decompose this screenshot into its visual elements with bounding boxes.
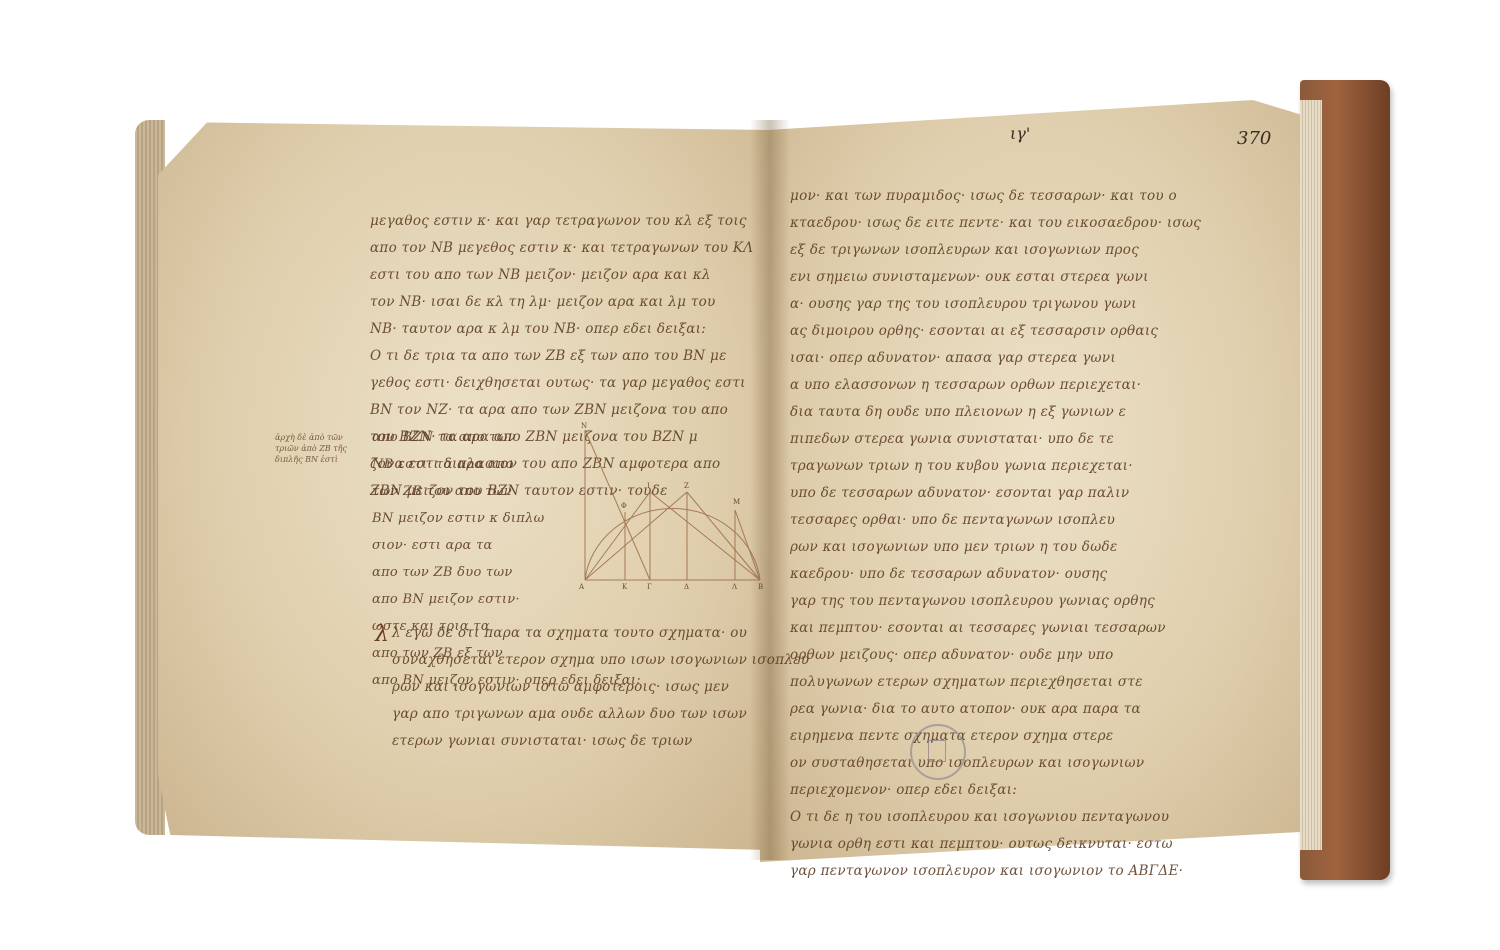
text-line: Ο τι δε η του ισοπλευρου και ισογωνιου π… xyxy=(790,804,1201,831)
text-line: γαρ απο τριγωνων αμα ουδε αλλων δυο των … xyxy=(392,701,809,728)
text-line: απο ΒΝ μειζον εστιν· xyxy=(372,586,641,613)
text-line: Ο τι δε τρια τα απο των ΖΒ εξ των απο το… xyxy=(370,343,753,370)
left-page-text-bottom: λ εγω δε οτι παρα τα σχηματα τουτο σχημα… xyxy=(392,620,809,755)
svg-text:Ι: Ι xyxy=(647,482,650,490)
text-line: λ εγω δε οτι παρα τα σχηματα τουτο σχημα… xyxy=(392,620,809,647)
text-line: ρεα γωνια· δια το αυτο ατοπον· ουκ αρα π… xyxy=(790,696,1201,723)
text-line: ενι σημειω συνισταμενων· ουκ εσται στερε… xyxy=(790,264,1201,291)
text-line: καεδρου· υπο δε τεσσαρων αδυνατον· ουσης xyxy=(790,561,1201,588)
text-line: τεσσαρες ορθαι· υπο δε πενταγωνων ισοπλε… xyxy=(790,507,1201,534)
text-line: πολυγωνων ετερων σχηματων περιεχθησεται … xyxy=(790,669,1201,696)
svg-text:Β: Β xyxy=(758,583,763,590)
text-line: εξ δε τριγωνων ισοπλευρων και ισογωνιων … xyxy=(790,237,1201,264)
text-line: ρων και ισογωνιων υπο μεν τριων η του δω… xyxy=(790,534,1201,561)
svg-text:Δ: Δ xyxy=(684,583,689,590)
right-page-text: μον· και των πυραμιδος· ισως δε τεσσαρων… xyxy=(790,183,1201,885)
text-line: συναχθησεται ετερον σχημα υπο ισων ισογω… xyxy=(392,647,809,674)
text-line: περιεχομενον· οπερ εδει δειξαι: xyxy=(790,777,1201,804)
library-stamp-icon xyxy=(910,724,966,780)
text-line: υπο δε τεσσαρων αδυνατον· εσονται γαρ πα… xyxy=(790,480,1201,507)
svg-text:Ζ: Ζ xyxy=(684,482,689,490)
text-line: εστι του απο των ΝΒ μειζον· μειζον αρα κ… xyxy=(370,262,753,289)
text-line: τον ΝΒ· ισαι δε κλ τη λμ· μειζον αρα και… xyxy=(370,289,753,316)
text-line: απο τον ΝΒ μεγεθος εστιν κ· και τετραγων… xyxy=(370,235,753,262)
text-line: α υπο ελασσονων η τεσσαρων ορθων περιεχε… xyxy=(790,372,1201,399)
text-line: γαρ της του πενταγωνου ισοπλευρου γωνιας… xyxy=(790,588,1201,615)
text-line: μον· και των πυραμιδος· ισως δε τεσσαρων… xyxy=(790,183,1201,210)
svg-text:Λ: Λ xyxy=(731,583,738,590)
text-line: γαρ πενταγωνον ισοπλευρον και ισογωνιον … xyxy=(790,858,1201,885)
text-line: ορθων μειζους· οπερ αδυνατον· ουδε μην υ… xyxy=(790,642,1201,669)
text-line: και πεμπτου· εσονται αι τεσσαρες γωνιαι … xyxy=(790,615,1201,642)
text-line: ας διμοιρου ορθης· εσονται αι εξ τεσσαρσ… xyxy=(790,318,1201,345)
marginal-annotation: ἀρχὴ δὲ ἀπὸ τῶντριῶν ἀπὸ ΖΒ τῆςδιπλῆς ΒΝ… xyxy=(275,432,347,465)
text-line: τραγωνων τριων η του κυβου γωνια περιεχε… xyxy=(790,453,1201,480)
text-line: ειρημενα πεντε σχηματα ετερον σχημα στερ… xyxy=(790,723,1201,750)
svg-text:Μ: Μ xyxy=(733,498,740,506)
text-line: ρων και ισογωνιων ιστω αμφοτεροις· ισως … xyxy=(392,674,809,701)
text-line: ετερων γωνιαι συνισταται· ισως δε τριων xyxy=(392,728,809,755)
svg-text:Α: Α xyxy=(578,583,585,590)
quire-mark: ιγ' xyxy=(1010,124,1030,143)
svg-text:Ν: Ν xyxy=(581,422,587,430)
text-line: κταεδρου· ισως δε ειτε πεντε· και του ει… xyxy=(790,210,1201,237)
svg-text:Γ: Γ xyxy=(647,583,652,590)
text-line: α· ουσης γαρ της του ισοπλευρου τριγωνου… xyxy=(790,291,1201,318)
right-page-edges xyxy=(1300,100,1322,850)
text-line: ον συσταθησεται υπο ισοπλευρων και ισογω… xyxy=(790,750,1201,777)
geometric-semicircle-diagram: ΝΦΙ ΖΜ ΑΚΓ ΔΛΒ xyxy=(575,420,775,590)
folio-number: 370 xyxy=(1237,128,1271,149)
svg-text:Κ: Κ xyxy=(622,583,628,590)
text-line: δια ταυτα δη ουδε υπο πλειονων η εξ γωνι… xyxy=(790,399,1201,426)
open-manuscript-codex: ιγ' 370 μεγαθος εστιν κ· και γαρ τετραγω… xyxy=(0,0,1500,950)
svg-text:Φ: Φ xyxy=(621,502,627,510)
text-line: γεθος εστι· δειχθησεται ουτως· τα γαρ με… xyxy=(370,370,753,397)
decorated-initial: λ xyxy=(375,622,389,647)
text-line: ΝΒ· ταυτον αρα κ λμ του ΝΒ· οπερ εδει δε… xyxy=(370,316,753,343)
text-line: μεγαθος εστιν κ· και γαρ τετραγωνον του … xyxy=(370,208,753,235)
text-line: πιπεδων στερεα γωνια συνισταται· υπο δε … xyxy=(790,426,1201,453)
text-line: ισαι· οπερ αδυνατον· απασα γαρ στερεα γω… xyxy=(790,345,1201,372)
text-line: γωνια ορθη εστι και πεμπτου· ουτως δεικν… xyxy=(790,831,1201,858)
